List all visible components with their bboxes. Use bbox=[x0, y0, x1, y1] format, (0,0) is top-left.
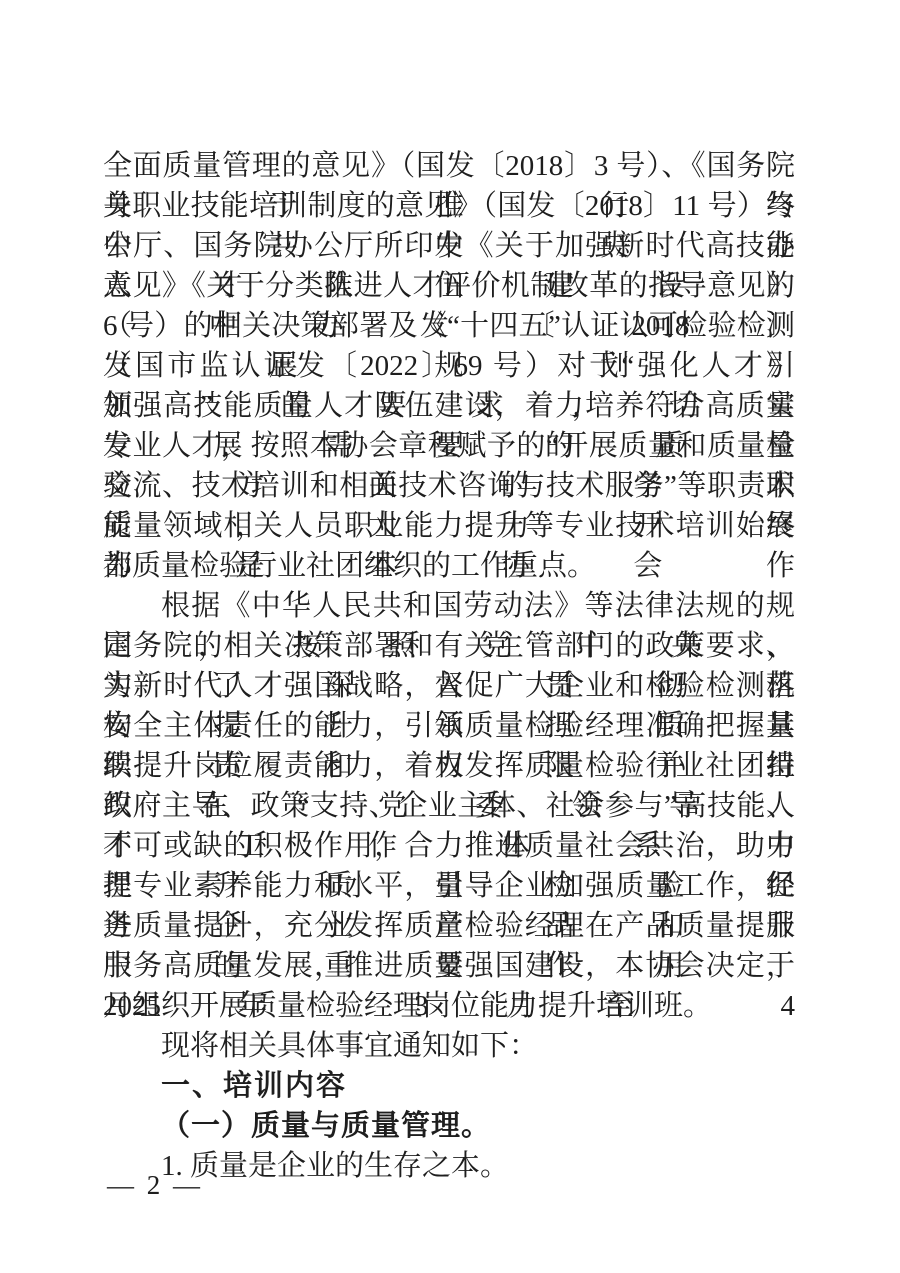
document-line: 意见》《关于分类推进人才评价机制改革的指导意见》（中办发〔2018〕 bbox=[103, 266, 795, 306]
document-line: 服务高质量发展，推进质量强国建设，本协会决定于 2025 年 3 月至 4 bbox=[103, 946, 795, 986]
document-page: 全面质量管理的意见》（国发〔2018〕3 号）、《国务院关于推行终 身职业技能培… bbox=[0, 0, 900, 1273]
document-line: 续提升岗位履责能力，着力发挥质量检验行业社团组织在“党委领导、 bbox=[103, 746, 795, 786]
document-line: 6 号）的相关决策部署及《“十四五”认证认可检验检测发展规划》 bbox=[103, 306, 795, 346]
document-line: 质量领域相关人员职业能力提升等专业技术培训始终都是本协会作 bbox=[103, 506, 795, 546]
document-line: 交流、技术培训和相关技术咨询与技术服务”等职责职能，大力开展 bbox=[103, 466, 795, 506]
document-line: 理专业素养能力和水平，引导企业加强质量工作，促进企业产品和服 bbox=[103, 866, 795, 906]
document-line paragraph-end: 月组织开展质量检验经理岗位能力提升培训班。 bbox=[103, 986, 795, 1026]
document-line: 全面质量管理的意见》（国发〔2018〕3 号）、《国务院关于推行终 bbox=[103, 146, 795, 186]
subsection-heading-quality-management: （一）质量与质量管理。 bbox=[103, 1106, 795, 1146]
document-text-block: 全面质量管理的意见》（国发〔2018〕3 号）、《国务院关于推行终 身职业技能培… bbox=[103, 146, 795, 1186]
document-line: 加强高技能质量人才队伍建设，着力培养符合高质量发展需要的质量 bbox=[103, 386, 795, 426]
page-number: — 2 — bbox=[107, 1170, 203, 1200]
document-line notice-lead-in: 现将相关具体事宜通知如下： bbox=[103, 1026, 795, 1066]
document-line: 国务院的相关决策部署和有关主管部门的政策要求，为了深入贯彻落 bbox=[103, 626, 795, 666]
section-heading-training-content: 一、培训内容 bbox=[103, 1066, 795, 1106]
document-line: 安全主体责任的能力，引领质量检验经理准确把握其职责和权限并持 bbox=[103, 706, 795, 746]
document-line: 公厅、国务院办公厅所印发《关于加强新时代高技能人才队伍建设的 bbox=[103, 226, 795, 266]
document-line list-item: 1. 质量是企业的生存之本。 bbox=[103, 1146, 795, 1186]
document-line: 实新时代人才强国战略，督促广大企业和检验检测机构提升承担质量 bbox=[103, 666, 795, 706]
document-line: 身职业技能培训制度的意见》（国发〔2018〕11 号）与中共中央办 bbox=[103, 186, 795, 226]
document-line: 政府主导、政策支持、企业主体、社会参与”高技能人才工作体系中 bbox=[103, 786, 795, 826]
document-line: （国市监认证发〔2022〕69 号）对于“强化人才引领”的要求，切实 bbox=[103, 346, 795, 386]
document-line: 务质量提升，充分发挥质量检验经理在产品质量提升中的重要作用， bbox=[103, 906, 795, 946]
document-line: 不可或缺的积极作用，合力推进质量社会共治，助力提升质量检验经 bbox=[103, 826, 795, 866]
document-line: 专业人才，按照本协会章程赋予的“开展质量和质量检验方面的学术 bbox=[103, 426, 795, 466]
document-line paragraph-start: 根据《中华人民共和国劳动法》等法律法规的规定，按照党中央、 bbox=[103, 586, 795, 626]
